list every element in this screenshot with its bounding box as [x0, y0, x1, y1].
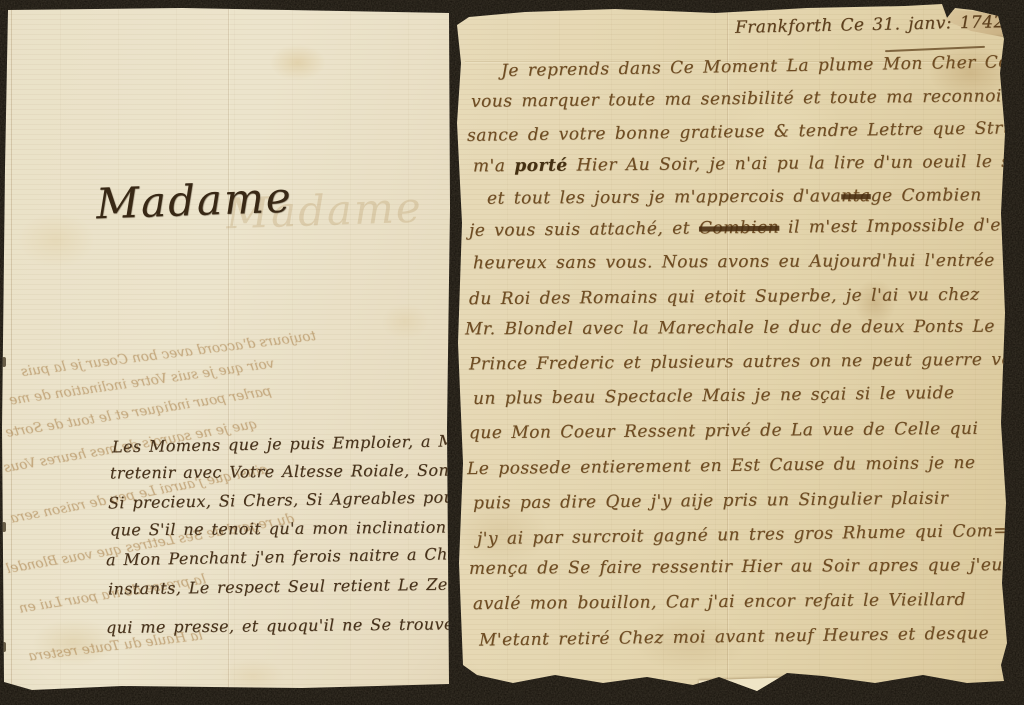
text-segment: et tout les jours je m'appercois d'ava	[487, 186, 841, 208]
right-body-line: vous marquer toute ma sensibilité et tou…	[471, 86, 1011, 112]
text-segment: il m'est Impossible d'etre	[779, 215, 1024, 238]
right-body-line: Prince Frederic et plusieurs autres on n…	[469, 350, 1024, 375]
dateline-underline	[885, 46, 985, 52]
text-segment: Je reprends dans Ce Moment La plume Mon …	[501, 51, 1024, 81]
left-body-line: instants, Le respect Seul retient Le Zel…	[108, 575, 463, 599]
manuscript-photo: toujours d'accord avec bon Coeur je la p…	[0, 0, 1024, 705]
right-body-line: du Roi des Romains qui etoit Superbe, je…	[469, 285, 980, 309]
right-body-line: M'etant retiré Chez moi avant neuf Heure…	[479, 623, 989, 650]
text-segment: Hier Au Soir, je n'ai pu la lire d'un oe…	[568, 152, 1024, 176]
right-page: Frankforth Ce 31. janv: 1742 Je reprends…	[455, 3, 1015, 700]
text-segment: un plus beau Spectacle Mais je ne sçai s…	[473, 383, 955, 409]
right-body-line: m'a porté Hier Au Soir, je n'ai pu la li…	[473, 152, 1024, 177]
text-segment: mença de Se faire ressentir Hier au Soir…	[469, 555, 1003, 579]
text-segment: heureux sans vous. Nous avons eu Aujourd…	[473, 251, 995, 274]
text-segment: avalé mon bouillon, Car j'ai encor refai…	[473, 590, 966, 614]
text-segment: que Mon Coeur Ressent privé de La vue de…	[469, 419, 979, 443]
text-segment: Prince Frederic et plusieurs autres on n…	[469, 350, 1024, 375]
right-body-line: que Mon Coeur Ressent privé de La vue de…	[469, 419, 979, 443]
text-segment: Mr. Blondel avec la Marechale le duc de …	[465, 317, 995, 340]
right-body-line: Je reprends dans Ce Moment La plume Mon …	[501, 51, 1024, 81]
right-body-line: et tout les jours je m'appercois d'avant…	[487, 185, 982, 208]
text-segment: sance de votre bonne gratieuse & tendre …	[467, 118, 1024, 146]
text-segment: ge Combien	[871, 185, 982, 206]
right-body-line: puis pas dire Que j'y aije pris un Singu…	[473, 489, 949, 514]
text-segment: puis pas dire Que j'y aije pris un Singu…	[473, 489, 949, 514]
text-segment: je vous suis attaché, et	[469, 219, 699, 241]
left-body-line: qui me presse, et quoqu'il ne Se trouve …	[106, 614, 491, 637]
right-body-line: un plus beau Spectacle Mais je ne sçai s…	[473, 383, 955, 409]
text-segment: du Roi des Romains qui etoit Superbe, je…	[469, 285, 980, 309]
page-edge-line	[11, 8, 12, 690]
struck-word: nta	[841, 186, 871, 206]
text-segment: M'etant retiré Chez moi avant neuf Heure…	[479, 623, 989, 650]
right-body-line: Mr. Blondel avec la Marechale le duc de …	[465, 317, 995, 340]
text-segment: m'a	[473, 156, 515, 176]
struck-word: Combien	[699, 218, 779, 239]
left-body-line: que S'il ne tenoit qu'a mon inclination	[110, 518, 447, 540]
right-body-line: mença de Se faire ressentir Hier au Soir…	[469, 555, 1003, 579]
left-page: toujours d'accord avec bon Coeur je la p…	[2, 8, 450, 690]
right-body-line: sance de votre bonne gratieuse & tendre …	[467, 118, 1024, 146]
blotted-word: porté	[514, 156, 568, 176]
right-body-line: je vous suis attaché, et Combien il m'es…	[469, 215, 1024, 241]
text-segment: Le possede entierement en Est Cause du m…	[467, 453, 976, 479]
text-segment: vous marquer toute ma sensibilité et tou…	[471, 86, 1011, 112]
right-body-line: Le possede entierement en Est Cause du m…	[467, 453, 976, 479]
right-body-line: j'y ai par surcroit gagné un tres gros R…	[477, 521, 1008, 549]
left-body-line: tretenir avec Votre Altesse Roiale, Sont	[110, 460, 456, 482]
dateline: Frankforth Ce 31. janv: 1742	[735, 12, 1005, 38]
right-body-line: heureux sans vous. Nous avons eu Aujourd…	[473, 251, 995, 274]
text-segment: j'y ai par surcroit gagné un tres gros R…	[477, 521, 1008, 549]
salutation: Madame	[95, 173, 293, 229]
right-body-line: avalé mon bouillon, Car j'ai encor refai…	[473, 590, 966, 614]
